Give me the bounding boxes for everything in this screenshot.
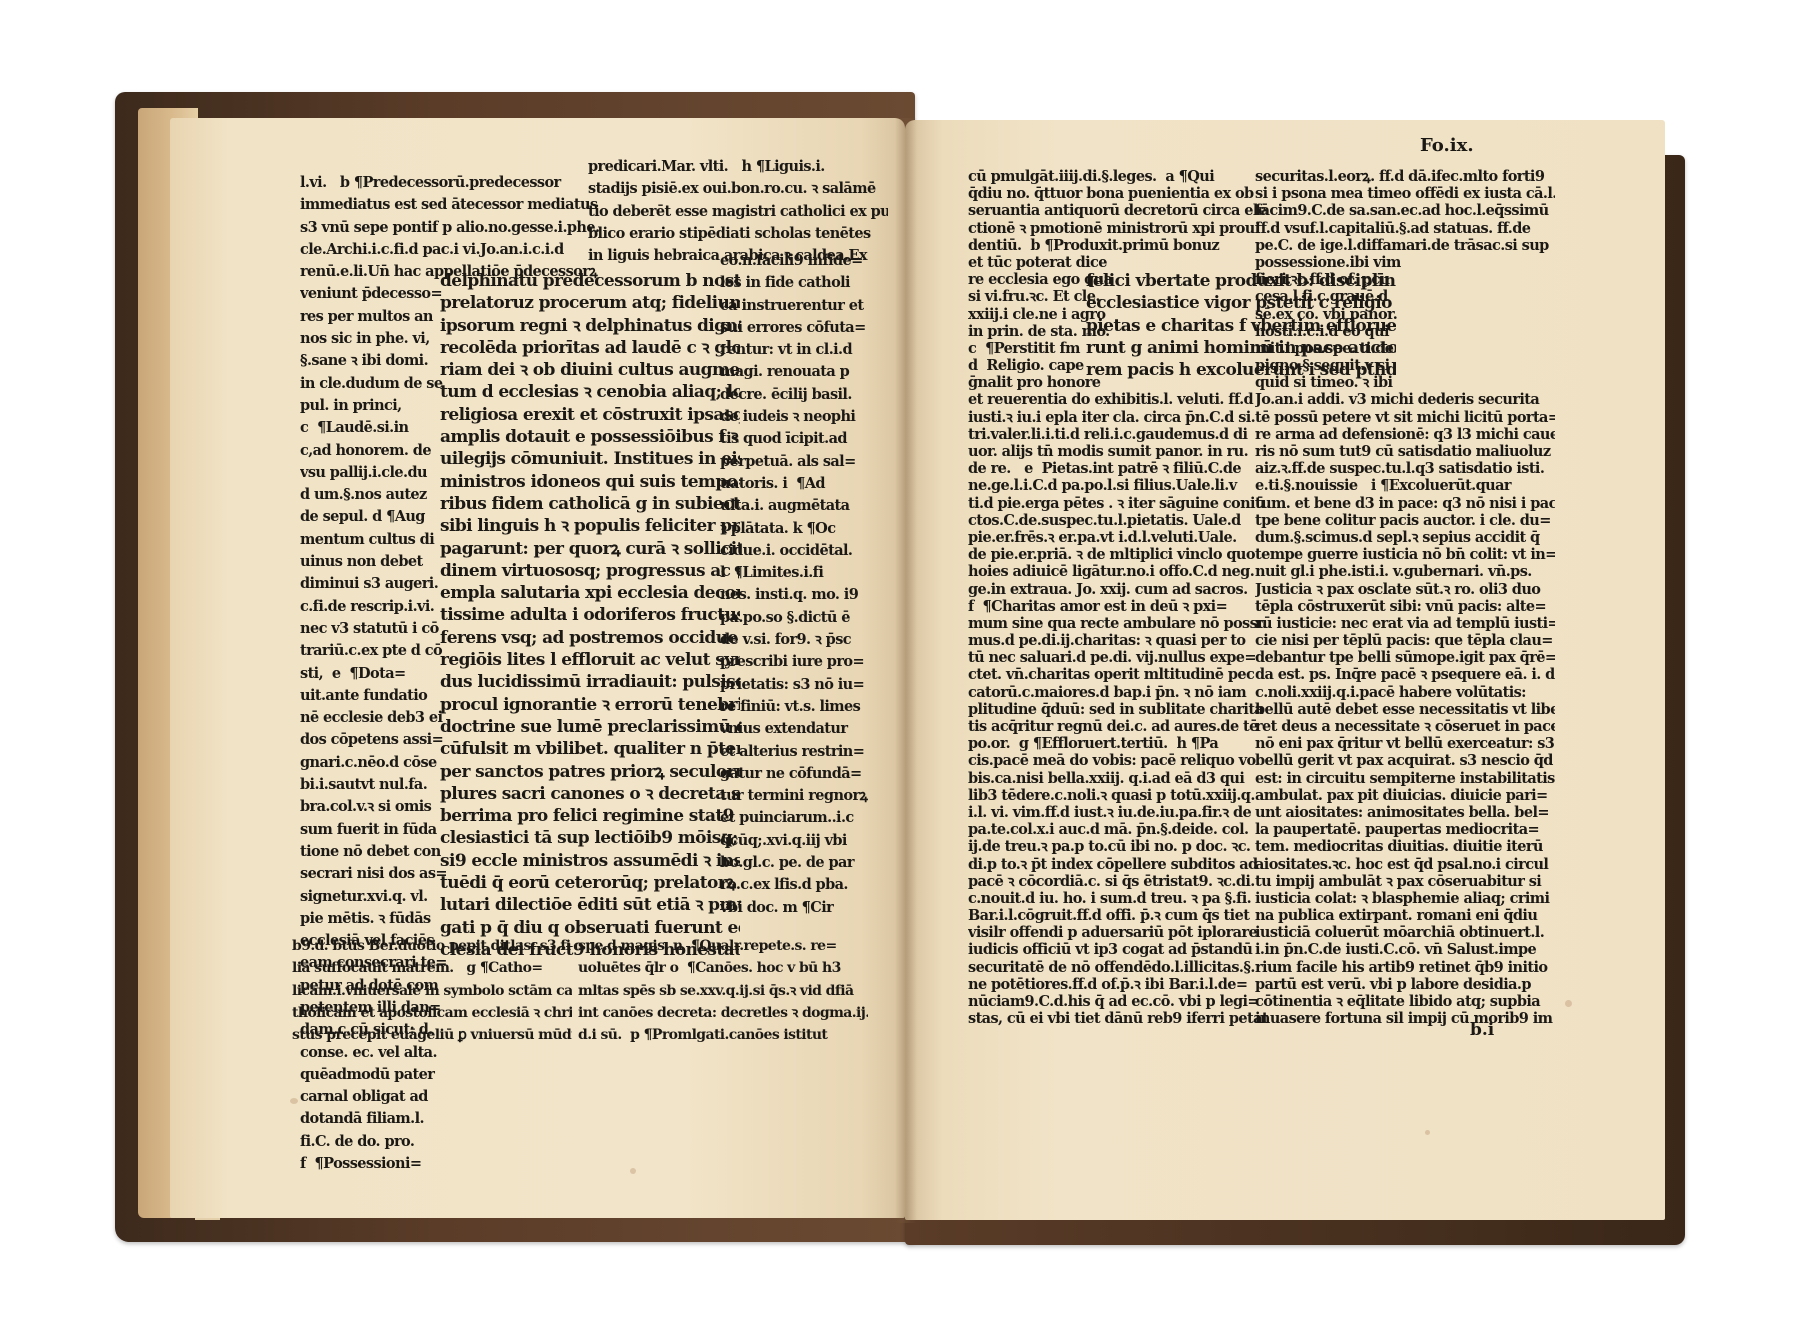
text-line: ne.ge.l.i.C.d pa.po.l.si filius.Uale.li.… xyxy=(968,477,1268,494)
text-line: nō eni pax q̄ritur vt bellū exerceatur: … xyxy=(1255,735,1555,752)
text-line: uilegijs cōmuniuit. Institues in eis xyxy=(440,448,740,470)
text-line: ca instruerentur et xyxy=(720,295,880,317)
text-line: cū pmulgāt.iiij.di.§.leges. a ¶Qui xyxy=(968,168,1268,185)
text-line: ge.in extraua. Jo. xxij. cum ad sacros. xyxy=(968,581,1268,598)
text-line: sui errores cōfuta= xyxy=(720,317,880,339)
text-line: blico erario stipēdiati scholas tenētes xyxy=(588,223,888,245)
text-line: q̄diu no. q̄ttuor bona puenientia ex ob xyxy=(968,185,1268,202)
text-line: cūfulsit.doctorꝝ el xyxy=(720,919,880,920)
text-line: ferens vsq; ad postremos occidue k xyxy=(440,627,740,649)
text-line: mit.i pos.spe. ti.de xyxy=(1255,340,1555,357)
text-line: possessione.ibi vim xyxy=(1255,254,1555,271)
text-line: tempe guerre iusticia nō bn̄ colit: vt i… xyxy=(1255,546,1555,563)
text-line: de pie.er.priā. ꝛ de mltiplici vinclo qu… xyxy=(968,546,1268,563)
text-line: ambulat. pax pit diuicias. diuicie pari= xyxy=(1255,787,1555,804)
text-line: quēadmodū pater xyxy=(300,1064,618,1086)
text-line: uatoris. i ¶Ad xyxy=(720,473,880,495)
text-line: ctet. vn̄.charitas operit mltitudinē pec xyxy=(968,666,1268,683)
text-line: cūfulsit m vbilibet. qualiter n p̄terea xyxy=(440,738,740,760)
text-line: mum sine qua recte ambulare nō possu xyxy=(968,615,1268,632)
text-line: i.l. vi. vim.ff.d iust.ꝛ iu.de.iu.pa.fir… xyxy=(968,804,1268,821)
text-line: plures sacri canones o ꝛ decreta salu xyxy=(440,783,740,805)
text-line: partū est verū. vbi p labore desidia.p xyxy=(1255,976,1555,993)
text-line: tū nec saluari.d pe.di. vij.nullus expe= xyxy=(968,649,1268,666)
foxing-spot xyxy=(1425,1130,1430,1135)
text-line: bellū gerit vt pax acquirat. s3 nescio q… xyxy=(1255,752,1555,769)
text-line: ret deus a necessitate ꝛ cōseruet in pac… xyxy=(1255,718,1555,735)
text-line: Justicia ꝛ pax osclate sūt.ꝛ ro. oli3 du… xyxy=(1255,581,1555,598)
text-line: po.or. g ¶Effloruert.tertiū. h ¶Pa xyxy=(968,735,1268,752)
text-line: tur termini regnorꝝ xyxy=(720,785,880,807)
text-line: et reuerentia do exhibitis.l. veluti. ff… xyxy=(968,391,1268,408)
text-line: tē possū petere vt sit michi licitū port… xyxy=(1255,409,1555,426)
text-line: aiositates.ꝛc. hoc est q̄d psal.no.i cir… xyxy=(1255,856,1555,873)
text-line: debantur tpe belli sūmope.igit pax q̄rē= xyxy=(1255,649,1555,666)
text-line: f ¶Charitas amor est in deū ꝛ pxi= xyxy=(968,598,1268,615)
text-line: ꝛ plātata. k ¶Oc xyxy=(720,518,880,540)
text-line: rium facile his artib9 retinet q̄b9 init… xyxy=(1255,959,1555,976)
text-line: ff.d vsuf.l.capitaliū.§.ad statuas. ff.d… xyxy=(1255,220,1555,237)
text-line: mltas spēs sb se.xxv.q.ij.si q̄s.ꝛ vid d… xyxy=(578,980,868,1002)
text-line: lia suffocauit matrem. g ¶Catho= xyxy=(292,957,572,979)
text-line: cis.pacē meā do vobis: pacē reliquo vo xyxy=(968,752,1268,769)
text-line: clesiastici tā sup lectiōib9 mōisq; ip= xyxy=(440,827,740,849)
text-line: iudicis officiū vt ip3 cogat ad p̄standū xyxy=(968,941,1268,958)
text-line: tholicam et apostolicam ecclesiā ꝛ chri xyxy=(292,1002,572,1024)
text-line: re arma ad defensionē: q3 l3 michi caue xyxy=(1255,426,1555,443)
text-line: tis acq̄ritur regnū dei.c. ad aures.de t… xyxy=(968,718,1268,735)
text-line: regiōis lites l effloruit ac velut syno xyxy=(440,649,740,671)
text-line: pacē ꝛ cōcordiā.c. si q̄s ētristat9. ꝛc.… xyxy=(968,873,1268,890)
text-line: immediatus est sed ātecessor mediatus xyxy=(300,194,618,216)
text-line: pa.po.so §.dictū ē xyxy=(720,607,880,629)
text-line: na publica extirpant. romani eni q̄diu xyxy=(1255,907,1555,924)
text-line: ministros idoneos qui suis tempo= xyxy=(440,471,740,493)
text-line: b9.d. btūs Ber.duotio pepit ditlas: s3 f… xyxy=(292,935,572,957)
text-line: pagarunt: per quorꝝ curā ꝛ sollicitu xyxy=(440,538,740,560)
text-line: et puinciarum..i.c xyxy=(720,807,880,829)
text-line: Bar.i.l.cōgruit.ff.d offi. p̄.ꝛ cum q̄s … xyxy=(968,907,1268,924)
text-line: stus precepit euāgeliū ꝑ vniuersū mūdū xyxy=(292,1024,572,1046)
text-line: tio deberēt esse magistri catholici ex p… xyxy=(588,201,888,223)
text-line: religiosa erexit et cōstruxit ipsasq; xyxy=(440,404,740,426)
text-line: gatur ne cōfundā= xyxy=(720,763,880,785)
text-line: decre. ēcilij basil. xyxy=(720,384,880,406)
text-line: visilr offendi p aduersariū pōt iplorare xyxy=(968,924,1268,941)
text-line: et alterius restrin= xyxy=(720,741,880,763)
left-page-commentary-bottom-right: spe.d magis. n ¶Qualr.repete.s. re=uoluē… xyxy=(578,935,868,1050)
text-line: berrima pro felici regimine stat9 ec xyxy=(440,805,740,827)
text-line: perpetuā. als sal= xyxy=(720,451,880,473)
text-line: la paupertatē. paupertas mediocrita= xyxy=(1255,821,1555,838)
foliation-number: Fo.ix. xyxy=(1420,135,1474,156)
text-line: de iudeis ꝛ neophi xyxy=(720,406,880,428)
text-line: seruantia antiquorū decretorū circa ele xyxy=(968,202,1268,219)
text-line: quid si timeo. ꝛ ibi xyxy=(1255,374,1555,391)
text-line: cidue.i. occidētal. xyxy=(720,540,880,562)
text-line: doctrine sue lumē preclarissimū cir= xyxy=(440,716,740,738)
signature-mark: b.i xyxy=(1470,1020,1494,1040)
foxing-spot xyxy=(630,1168,636,1174)
text-line: delphinatu predecessorum b nostrorꝝ xyxy=(440,270,740,292)
text-line: eo.n.facili9 infide= xyxy=(720,250,880,272)
text-line: catorū.c.maiores.d bap.i p̄n. ꝛ nō iam xyxy=(968,684,1268,701)
text-line: da est. ps. Inq̄re pacē ꝛ psequere eā. i… xyxy=(1255,666,1555,683)
text-line: sibi linguis h ꝛ populis feliciter pro xyxy=(440,515,740,537)
text-line: uoluētes q̄lr o ¶Canōes. hoc v bū h3 xyxy=(578,957,868,979)
text-line: est: in circuitu sempiterne instabilitat… xyxy=(1255,770,1555,787)
text-line: di.p to.ꝛ p̄t index cōpellere subditos a… xyxy=(968,856,1268,873)
text-line: dinem virtuososq; progressus ac ex xyxy=(440,560,740,582)
text-line: recolēda priorītas ad laudē c ꝛ glo= xyxy=(440,337,740,359)
left-page-main-text: delphinatu predecessorum b nostrorꝝprela… xyxy=(440,270,740,970)
text-line: tēpla cōstruxerūt sibi: vnū pacis: alte= xyxy=(1255,598,1555,615)
foxing-spot xyxy=(290,1098,298,1104)
text-line: tri.valer.li.i.ti.d reli.i.c.gaudemus.d … xyxy=(968,426,1268,443)
text-line: vbi doc. m ¶Cir xyxy=(720,897,880,919)
text-line: ris nō sum tut9 cū satisdatio maliuoluz xyxy=(1255,443,1555,460)
text-line: pa.te.col.x.i auc.d mā. p̄n.§.deide. col… xyxy=(968,821,1268,838)
book-gutter xyxy=(895,118,917,1223)
text-line: riam dei ꝛ ob diuini cultus augmen xyxy=(440,359,740,381)
foxing-spot xyxy=(1565,1000,1572,1007)
text-line: q̄cūq;.xvi.q.iij vbi xyxy=(720,830,880,852)
text-line: securitatē de nō offendēdo.l.illicitas.§… xyxy=(968,959,1268,976)
text-line: int canōes decreta: decretles ꝛ dogma.ij… xyxy=(578,1002,868,1024)
text-line: aiz.ꝛ.ff.de suspec.tu.l.q3 satisdatio is… xyxy=(1255,460,1555,477)
text-line: tissime adulta i odoriferos fructus xyxy=(440,604,740,626)
text-line: tuēdi q̄ eorū ceterorūq; prelatorꝝ sa xyxy=(440,872,740,894)
text-line: re finiū: vt.s. limes xyxy=(720,696,880,718)
text-line: magi. renouata p xyxy=(720,361,880,383)
text-line: carnal obligat ad xyxy=(300,1086,618,1108)
text-line: et tūc poterat dice xyxy=(968,254,1268,271)
text-line: prietatis: s3 nō iu= xyxy=(720,674,880,696)
text-line: tem. mediocritas diuitias. diuitie iterū xyxy=(1255,838,1555,855)
text-line: fi.C. de do. pro. xyxy=(300,1131,618,1153)
text-line: prescribi iure pro= xyxy=(720,651,880,673)
text-line: iusticia colat: ꝛ blasphemie aliaq; crim… xyxy=(1255,890,1555,907)
text-line: ro.c.ex lfis.d pba. xyxy=(720,874,880,896)
text-line: cle.Archi.i.c.fi.d pac.i vi.Jo.an.i.c.i.… xyxy=(300,239,618,261)
text-line: amplis dotauit e possessiōibus f ꝛ pri xyxy=(440,426,740,448)
text-line: uor. alijs tn̄ modis sumit panor. in ru. xyxy=(968,443,1268,460)
text-line: d.i sū. p ¶Promlgati.canōes istitut xyxy=(578,1024,868,1046)
text-line: empla salutaria xpi ecclesia decora= xyxy=(440,582,740,604)
text-line: licam.i.vniuersalē in symbolo sctām ca xyxy=(292,980,572,1002)
text-line: sē.ex cō. vbi panor. xyxy=(1255,306,1555,323)
right-page-commentary-right-column: securitas.l.eorꝝ. ff.d dā.ifec.mlto fort… xyxy=(1255,168,1555,1028)
text-line: plitudine q̄duū: sed in sublitate charit… xyxy=(968,701,1268,718)
text-line: spe.d magis. n ¶Qualr.repete.s. re= xyxy=(578,935,868,957)
left-page-commentary-bottom-left: b9.d. btūs Ber.duotio pepit ditlas: s3 f… xyxy=(292,935,572,1050)
text-line: ne potētiores.ff.d of.p̄.ꝛ ibi Bar.i.l.d… xyxy=(968,976,1268,993)
text-line: hoies adiuicē ligātur.no.i offo.C.d neg. xyxy=(968,563,1268,580)
text-line: ctionē ꝛ pmotionē ministrorū xpi proui xyxy=(968,220,1268,237)
text-line: ctos.C.de.suspec.tu.l.pietatis. Uale.d xyxy=(968,512,1268,529)
text-line: ribus fidem catholicā g in subiectis xyxy=(440,493,740,515)
text-line: dum.§.scimus.d sepl.ꝛ sepius accidit q̄ xyxy=(1255,529,1555,546)
text-line: l ¶Limites.i.fi xyxy=(720,562,880,584)
text-line: c.noli.xxiij.q.i.pacē habere volūtatis: xyxy=(1255,684,1555,701)
text-line: iusti.ꝛ iu.i epla iter cla. circa p̄n.C.… xyxy=(968,409,1268,426)
text-line: nūciam9.C.d.his q̄ ad ec.cō. vbi p legi= xyxy=(968,993,1268,1010)
text-line: les in fide catholi xyxy=(720,272,880,294)
text-line: l.vi. b ¶Predecessorū.predecessor xyxy=(300,172,618,194)
text-line: ti.d pie.erga pētes . ꝛ iter sāguine con… xyxy=(968,495,1268,512)
text-line: dus lucidissimū irradiauit: pulsisq; xyxy=(440,671,740,693)
text-line: bis.ca.nisi bella.xxiij. q.i.ad eā d3 qu… xyxy=(968,770,1268,787)
text-line: f ¶Possessioni= xyxy=(300,1153,618,1175)
text-line: tu impij ambulāt ꝛ pax cōseruabitur si xyxy=(1255,873,1555,890)
text-line: tpe bene colitur pacis auctor. i cle. du… xyxy=(1255,512,1555,529)
text-line: c.nouit.d iu. ho. i sum.d treu. ꝛ pa §.f… xyxy=(968,890,1268,907)
text-line: Jo.an.i addi. v3 michi dederis securita xyxy=(1255,391,1555,408)
text-line: cesa.l.fi.c.grauē.d xyxy=(1255,288,1555,305)
text-line: stas, cū ei vbi tiet dānū reb9 iferri pe… xyxy=(968,1010,1268,1027)
text-line: ulta.i. augmētata xyxy=(720,495,880,517)
text-line: rū iusticie: nec erat via ad templū iust… xyxy=(1255,615,1555,632)
text-line: s3 vnū sepe pontif p alio.no.gesse.i.phe… xyxy=(300,217,618,239)
text-line: unt aiositates: animositates bella. bel= xyxy=(1255,804,1555,821)
text-line: de v.si. for9. ꝛ p̄sc xyxy=(720,629,880,651)
text-line: iusticiā coluerūt mōarchiā obtinuert.l. xyxy=(1255,924,1555,941)
text-line: per sanctos patres priorꝝ seculorum xyxy=(440,761,740,783)
text-line: pe.C. de ige.l.diffamari.de trāsac.si su… xyxy=(1255,237,1555,254)
text-line: bo.gl.c. pe. de par xyxy=(720,852,880,874)
text-line: cie nisi per tēplū pacis: que tēpla clau… xyxy=(1255,632,1555,649)
text-line: pie.er.frēs.ꝛ er.pa.vt i.d.l.veluti.Uale… xyxy=(968,529,1268,546)
text-line: procul ignorantie ꝛ errorū tenebris xyxy=(440,694,740,716)
text-line: prelatoruz procerum atq; fidelium xyxy=(440,292,740,314)
text-line: fācim9.C.de sa.san.ec.ad hoc.l.eq̄ssimū xyxy=(1255,202,1555,219)
text-line: nes. insti.q. mo. i9 xyxy=(720,584,880,606)
text-line: inuasere fortuna sil impij cū morib9 im xyxy=(1255,1010,1555,1027)
text-line: cōtinentia ꝛ eq̄litate libido atq; supbi… xyxy=(1255,993,1555,1010)
text-line: tis quod īcipit.ad xyxy=(720,428,880,450)
text-line: tum. et bene d3 in pace: q3 nō nisi i pa… xyxy=(1255,495,1555,512)
text-line: si i psona mea timeo offēdi ex iusta cā.… xyxy=(1255,185,1555,202)
text-line: securitas.l.eorꝝ. ff.d dā.ifec.mlto fort… xyxy=(1255,168,1555,185)
text-line: hosti.i.c.i.d eo qui xyxy=(1255,323,1555,340)
left-page-commentary-right-column: eo.n.facili9 infide=les in fide catholic… xyxy=(720,250,880,920)
text-line: lib3 tēdere.c.noli.ꝛ quasi p totū.xxiij.… xyxy=(968,787,1268,804)
text-line: rentur: vt in cl.i.d xyxy=(720,339,880,361)
text-line: ipsorum regni ꝛ delphinatus digne xyxy=(440,315,740,337)
text-line: dotandā filiam.l. xyxy=(300,1108,618,1130)
text-line: pigno.§.sequit.v si xyxy=(1255,357,1555,374)
text-line: nuit gl.i phe.isti.i. v.gubernari. vn̄.p… xyxy=(1255,563,1555,580)
text-line: mus.d pe.di.ij.charitas: ꝛ quasi per to xyxy=(968,632,1268,649)
text-line: fieri.ꝛc.ff.d of. pcu xyxy=(1255,271,1555,288)
text-line: dentiū. b ¶Produxit.primū bonuz xyxy=(968,237,1268,254)
text-line: ij.de treu.ꝛ pa.p to.cū ibi no. p doc. ꝛ… xyxy=(968,838,1268,855)
text-line: tum d ecclesias ꝛ cenobia aliaq; loca xyxy=(440,381,740,403)
text-line: predicari.Mar. vlti. h ¶Liguis.i. xyxy=(588,156,888,178)
text-line: de re. e Pietas.int patrē ꝛ filiū.C.de xyxy=(968,460,1268,477)
text-line: si9 eccle ministros assumēdi ꝛ insti= xyxy=(440,850,740,872)
text-line: stadijs pisiē.ex oui.bon.ro.cu. ꝛ salāmē xyxy=(588,178,888,200)
text-line: vnius extendatur xyxy=(720,718,880,740)
text-line: lutari dilectiōe ēditi sūt etiā ꝛ pmul xyxy=(440,894,740,916)
text-line: i.in p̄n.C.de iusti.C.cō. vn̄ Salust.imp… xyxy=(1255,941,1555,958)
text-line: e.ti.§.nouissie i ¶Excoluerūt.quar xyxy=(1255,477,1555,494)
text-line: bellū autē debet esse necessitatis vt li… xyxy=(1255,701,1555,718)
